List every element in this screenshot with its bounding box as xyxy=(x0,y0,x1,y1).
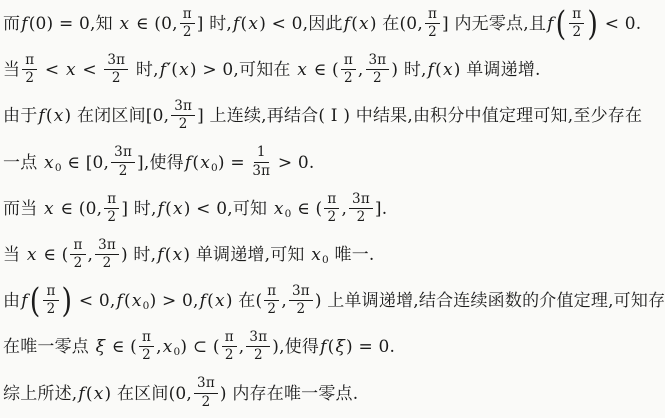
math-variable: x xyxy=(131,291,143,311)
text-run: 时, xyxy=(130,60,158,80)
text-run: ] 上连续,再结合( I ) 中结果,由积分中值定理可知,至少存在 xyxy=(197,106,642,126)
math-variable: x xyxy=(296,60,308,80)
math-line-1: 而f(0) = 0,知 x ∈ (0,π2] 时,f(x) < 0,因此f(x)… xyxy=(3,1,663,47)
text-run: ∈ [0, xyxy=(62,153,109,173)
document-page: 而f(0) = 0,知 x ∈ (0,π2] 时,f(x) < 0,因此f(x)… xyxy=(0,0,665,418)
fraction: π2 xyxy=(324,192,339,225)
math-variable: x xyxy=(178,60,190,80)
fraction: π2 xyxy=(22,53,37,86)
fraction: 3π2 xyxy=(246,330,270,363)
text-run: ) 在区间(0, xyxy=(105,384,193,404)
fraction-numerator: π xyxy=(222,330,237,347)
text-run: ) 在( xyxy=(226,291,262,311)
text-run: 由于 xyxy=(3,106,37,126)
math-line-4: 一点 x0 ∈ [0,3π2],使得f(x0) = 13π > 0. xyxy=(3,140,663,186)
text-run: 综上所述, xyxy=(3,384,77,404)
fraction: 3π2 xyxy=(95,238,119,271)
math-variable: f xyxy=(546,14,555,34)
text-run: ) 在(0, xyxy=(370,14,423,34)
fraction-numerator: π xyxy=(104,192,119,209)
fraction-denominator: 2 xyxy=(267,301,276,317)
text-run: ( xyxy=(86,384,93,404)
fraction-denominator: 2 xyxy=(357,209,366,225)
fraction: π2 xyxy=(222,330,237,363)
text-run: ) < 0,可知 xyxy=(184,199,273,219)
text-run: (0) = 0,知 xyxy=(29,14,119,34)
fraction: 3π2 xyxy=(289,284,313,317)
text-run: ∈ ( xyxy=(38,245,69,265)
fraction-denominator: 2 xyxy=(428,24,437,40)
big-paren: ) xyxy=(62,285,73,319)
text-run: ) 在闭区间[0, xyxy=(65,106,170,126)
text-run: , xyxy=(358,60,364,80)
subscript: 0 xyxy=(55,162,62,174)
fraction: π2 xyxy=(341,53,356,86)
math-variable: f xyxy=(116,291,125,311)
text-run: ( xyxy=(435,60,442,80)
text-run: ( xyxy=(207,291,214,311)
math-variable: f xyxy=(77,384,86,404)
text-run: ∈ ( xyxy=(106,337,137,357)
fraction: π2 xyxy=(104,192,119,225)
text-run: 而当 xyxy=(3,199,43,219)
math-line-2: 当π2 < x < 3π2 时,f′(x) > 0,可知在 x ∈ (π2,3π… xyxy=(3,47,663,93)
fraction-denominator: 2 xyxy=(373,70,382,86)
fraction: 3π2 xyxy=(194,376,218,409)
text-run: 一点 xyxy=(3,153,43,173)
fraction-denominator: 2 xyxy=(47,301,56,317)
text-run: ) 时, xyxy=(391,60,426,80)
fraction: 3π2 xyxy=(111,145,135,178)
text-run: ) 单调递增. xyxy=(454,60,541,80)
math-variable: x xyxy=(65,60,77,80)
math-variable: x xyxy=(118,14,130,34)
math-variable: x xyxy=(172,245,184,265)
fraction-numerator: π xyxy=(425,7,440,24)
text-run: ∈ ( xyxy=(292,199,323,219)
subscript: 0 xyxy=(211,162,218,174)
math-variable: x xyxy=(93,384,105,404)
text-run: ] 时, xyxy=(121,199,156,219)
text-run: ) < 0,因此 xyxy=(259,14,343,34)
fraction-denominator: 2 xyxy=(112,70,121,86)
math-variable: x xyxy=(172,199,184,219)
math-variable: x xyxy=(43,199,55,219)
text-run: ) 时, xyxy=(121,245,156,265)
text-run: ( xyxy=(124,291,131,311)
text-run: ′( xyxy=(167,60,178,80)
math-line-6: 当 x ∈ (π2,3π2) 时,f(x) 单调递增,可知 x0 唯一. xyxy=(3,232,663,278)
subscript: 0 xyxy=(322,254,329,266)
math-variable: f xyxy=(232,14,241,34)
text-run: ) 上单调递增,结合连续函数的介值定理,可知存 xyxy=(315,291,665,311)
text-run: < 0. xyxy=(599,14,641,34)
fraction-denominator: 2 xyxy=(74,255,83,271)
text-run: ∈ (0, xyxy=(130,14,177,34)
fraction: π2 xyxy=(180,7,195,40)
text-run: , xyxy=(341,199,347,219)
text-run: ) = xyxy=(218,153,250,173)
math-variable: f xyxy=(319,337,328,357)
math-line-5: 而当 x ∈ (0,π2] 时,f(x) < 0,可知 x0 ∈ (π2,3π2… xyxy=(3,186,663,232)
fraction: 3π2 xyxy=(104,53,128,86)
text-run: ) ⊂ ( xyxy=(180,337,219,357)
math-variable: x xyxy=(199,153,211,173)
fraction-numerator: π xyxy=(180,7,195,24)
math-variable: f xyxy=(156,245,165,265)
fraction-denominator: 2 xyxy=(254,347,263,363)
fraction-denominator: 2 xyxy=(328,209,337,225)
fraction-numerator: π xyxy=(569,7,584,24)
text-run: 而 xyxy=(3,14,20,34)
math-variable: x xyxy=(273,199,285,219)
math-variable: f xyxy=(427,60,436,80)
text-run: ] 时, xyxy=(197,14,232,34)
math-variable: f xyxy=(159,60,168,80)
math-variable: x xyxy=(162,337,174,357)
math-variable: f xyxy=(199,291,208,311)
math-variable: ξ xyxy=(95,337,107,357)
text-run: ∈ (0, xyxy=(55,199,102,219)
text-run: 唯一. xyxy=(329,245,375,265)
fraction: π2 xyxy=(43,284,58,317)
big-paren: ) xyxy=(587,8,598,42)
fraction: π2 xyxy=(139,330,154,363)
math-lines: 而f(0) = 0,知 x ∈ (0,π2] 时,f(x) < 0,因此f(x)… xyxy=(3,1,663,417)
fraction-numerator: π xyxy=(324,192,339,209)
text-run: 由 xyxy=(3,291,20,311)
math-line-8: 在唯一零点 ξ ∈ (π2,x0) ⊂ (π2,3π2),使得f(ξ) = 0. xyxy=(3,324,663,370)
subscript: 0 xyxy=(143,300,150,312)
math-variable: f xyxy=(20,291,29,311)
math-variable: x xyxy=(43,153,55,173)
fraction-numerator: 3π xyxy=(111,145,135,162)
text-run: 当 xyxy=(3,245,26,265)
fraction-denominator: 2 xyxy=(103,255,112,271)
fraction: 3π2 xyxy=(366,53,390,86)
text-run: ),使得 xyxy=(272,337,319,357)
math-variable: f xyxy=(157,199,166,219)
big-paren: ( xyxy=(556,8,567,42)
fraction: 13π xyxy=(252,145,270,178)
fraction-denominator: 2 xyxy=(179,116,188,132)
text-run: , xyxy=(156,337,162,357)
math-variable: x xyxy=(26,245,38,265)
text-run: > 0. xyxy=(272,153,314,173)
text-run: ) > 0, xyxy=(150,291,199,311)
fraction-denominator: 2 xyxy=(183,24,192,40)
math-variable: ξ xyxy=(334,337,346,357)
fraction-denominator: 2 xyxy=(25,70,34,86)
fraction-numerator: 3π xyxy=(246,330,270,347)
math-variable: x xyxy=(358,14,370,34)
text-run: , xyxy=(239,337,245,357)
fraction-denominator: 2 xyxy=(119,163,128,179)
math-variable: x xyxy=(442,60,454,80)
fraction-denominator: 2 xyxy=(107,209,116,225)
fraction-numerator: π xyxy=(139,330,154,347)
text-run: < 0, xyxy=(73,291,115,311)
text-run: < xyxy=(39,60,65,80)
fraction-numerator: π xyxy=(70,238,85,255)
math-variable: x xyxy=(214,291,226,311)
math-line-3: 由于f(x) 在闭区间[0,3π2] 上连续,再结合( I ) 中结果,由积分中… xyxy=(3,93,663,139)
text-run: ]. xyxy=(375,199,387,219)
math-variable: f xyxy=(20,14,29,34)
text-run: ] 内无零点,且 xyxy=(442,14,546,34)
text-run: ],使得 xyxy=(137,153,184,173)
big-paren: ( xyxy=(30,285,41,319)
text-run: ( xyxy=(165,245,172,265)
fraction: 3π2 xyxy=(171,99,195,132)
fraction-denominator: 3π xyxy=(252,163,270,179)
fraction-numerator: π xyxy=(264,284,279,301)
text-run: , xyxy=(281,291,287,311)
fraction: π2 xyxy=(425,7,440,40)
fraction-denominator: 2 xyxy=(225,347,234,363)
fraction-numerator: π xyxy=(341,53,356,70)
text-run: ) > 0,可知在 xyxy=(190,60,296,80)
text-run: ∈ ( xyxy=(308,60,339,80)
text-run: ) 内存在唯一零点. xyxy=(220,384,358,404)
fraction-numerator: 3π xyxy=(194,376,218,393)
fraction-numerator: π xyxy=(43,284,58,301)
math-variable: x xyxy=(247,14,259,34)
text-run: ( xyxy=(46,106,53,126)
fraction-numerator: 3π xyxy=(104,53,128,70)
fraction: π2 xyxy=(569,7,584,40)
fraction-numerator: π xyxy=(22,53,37,70)
math-line-9: 综上所述,f(x) 在区间(0,3π2) 内存在唯一零点. xyxy=(3,371,663,417)
fraction-denominator: 2 xyxy=(202,394,211,410)
fraction-denominator: 2 xyxy=(142,347,151,363)
fraction-numerator: 3π xyxy=(95,238,119,255)
fraction-numerator: 3π xyxy=(289,284,313,301)
fraction: 3π2 xyxy=(349,192,373,225)
fraction: π2 xyxy=(264,284,279,317)
fraction-numerator: 3π xyxy=(366,53,390,70)
fraction-denominator: 2 xyxy=(572,24,581,40)
math-variable: f xyxy=(343,14,352,34)
fraction-denominator: 2 xyxy=(297,301,306,317)
fraction-numerator: 3π xyxy=(171,99,195,116)
subscript: 0 xyxy=(285,208,292,220)
fraction-numerator: 1 xyxy=(254,145,269,162)
math-line-7: 由f(π2) < 0,f(x0) > 0,f(x) 在(π2,3π2) 上单调递… xyxy=(3,278,663,324)
math-variable: x xyxy=(310,245,322,265)
math-variable: x xyxy=(53,106,65,126)
text-run: ) = 0. xyxy=(346,337,395,357)
fraction: π2 xyxy=(70,238,85,271)
fraction-denominator: 2 xyxy=(344,70,353,86)
text-run: , xyxy=(88,245,94,265)
text-run: 当 xyxy=(3,60,20,80)
math-variable: f xyxy=(37,106,46,126)
text-run: 在唯一零点 xyxy=(3,337,95,357)
text-run: < xyxy=(77,60,103,80)
text-run: ( xyxy=(165,199,172,219)
fraction-numerator: 3π xyxy=(349,192,373,209)
text-run: ) 单调递增,可知 xyxy=(183,245,310,265)
